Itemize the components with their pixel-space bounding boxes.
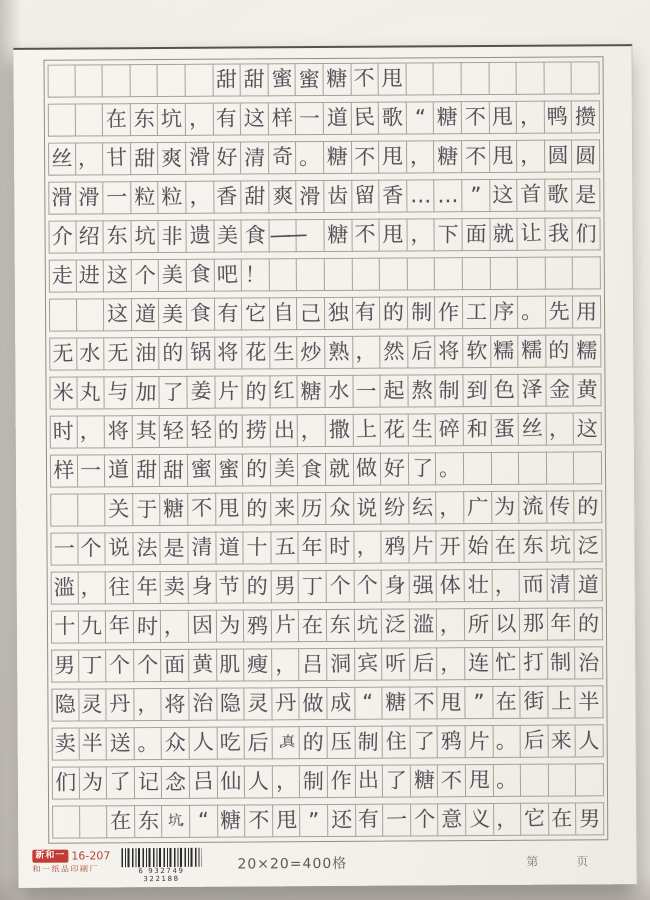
grid-cell: 出 [270,414,298,447]
handwritten-character: 吕 [302,649,323,682]
grid-cell: 了 [383,764,411,797]
grid-cell: ， [517,101,545,134]
grid-cell: 做 [300,687,328,720]
grid-cell: 色 [491,374,519,407]
grid-cell: 介 [48,221,76,254]
handwritten-character: 捞 [246,414,267,447]
grid-cell: 食 [187,298,215,331]
grid-cell: 糖 [323,63,351,96]
handwritten-character: 那 [522,607,544,641]
grid-cell: 念 [162,766,190,799]
handwritten-character: ， [356,530,378,564]
grid-cell: 打 [520,647,548,680]
grid-cell: 好 [381,452,409,485]
grid-cell: 不 [352,219,380,252]
grid-cell: 时 [50,416,78,449]
handwritten-character: 制 [358,726,380,759]
handwritten-character: 粒 [134,181,155,214]
handwritten-character: ， [189,180,211,214]
handwritten-character: 做 [302,688,323,721]
grid-cell [490,257,518,290]
handwritten-character: 吧 [217,258,239,292]
grid-cell: 是 [161,532,189,565]
grid-cell: 隐 [217,687,245,720]
handwritten-character: 歌 [547,178,569,212]
grid-cell: 甩 [490,140,518,173]
grid-cell: 是 [573,178,601,211]
grid-cell: 美 [271,453,299,486]
grid-cell: 齿 [324,180,352,213]
handwritten-character: 而 [522,568,544,602]
grid-row: 米丸与加了姜片的红糖水一起熬制到色泽金黄 [49,373,601,409]
grid-cell: ， [407,140,435,173]
handwritten-character: 美 [273,452,295,486]
handwritten-character: 不 [354,218,376,252]
grid-cell: 后 [245,726,273,759]
grid-cell: ， [407,218,435,251]
handwritten-character: 卖 [55,727,77,761]
handwritten-character: 年 [136,571,157,604]
grid-cell [544,61,572,94]
handwritten-character: 制 [303,766,324,799]
grid-cell: 滑 [297,180,325,213]
grid-cell: 不 [462,101,490,134]
handwritten-character: 糯 [521,334,543,368]
grid-cell: 美 [159,298,187,331]
grid-cell: 有 [352,297,380,330]
grid-cell [52,806,80,839]
grid-cell: 道 [324,102,352,135]
grid-cell: 男 [51,650,79,683]
grid-cell: 开 [437,530,465,563]
grid-cell: 走 [49,260,77,293]
handwritten-character: 炒 [300,337,321,370]
grid-cell: 歌 [545,178,573,211]
handwritten-character: 蜜 [271,62,293,96]
handwritten-character: “ [197,804,209,837]
grid-cell: 个 [134,649,162,682]
grid-cell: 不 [188,493,216,526]
grid-cell: 蜜 [188,454,216,487]
handwritten-character: 以 [495,608,516,641]
handwritten-character: 道 [326,102,348,136]
grid-cell: 的 [215,415,243,448]
grid-spec-label: 20×20=400格 [237,853,347,874]
grid-cell: 不 [351,63,379,96]
grid-cell: ” [465,686,493,719]
handwritten-character: 的 [548,334,570,368]
handwritten-character: ” [470,179,481,212]
grid-cell: 这 [241,102,269,135]
grid-cell: 不 [438,764,466,797]
grid-cell: 丁 [79,649,107,682]
grid-cell: 鸦 [438,725,466,758]
handwritten-character: 甩 [492,101,514,135]
grid-cell: 的 [243,492,271,525]
grid-cell [380,257,408,290]
handwritten-character: 人 [192,726,214,760]
grid-cell: 记 [135,766,163,799]
handwritten-character: 丝 [521,412,543,446]
grid-cell: 为 [216,610,244,643]
grid-cell: 工 [463,296,491,329]
grid-cell [186,64,214,97]
handwritten-character: 不 [354,141,376,174]
barcode: 6 932749 322188 [118,848,204,884]
grid-cell: 将 [436,335,464,368]
grid-cell: 它 [242,297,270,330]
handwritten-character: 节 [219,570,241,604]
grid-cell: 清 [547,568,575,601]
handwritten-character: 花 [383,413,405,447]
grid-row: 十九年时，因为鸦片在东坑泛滥，所以那年的 [51,607,603,643]
brand-logo: 新和一 [32,850,68,863]
handwritten-character: 了 [413,725,434,758]
grid-cell: 身 [382,569,410,602]
handwritten-character: 丹 [274,686,296,720]
handwritten-character: 丁 [302,571,323,604]
grid-cell: … [435,179,463,212]
grid-cell: 个 [106,649,134,682]
grid-cell [406,62,434,95]
grid-cell: 歌 [379,101,407,134]
handwritten-character: 糖 [327,219,348,252]
grid-cell: 民 [351,102,379,135]
grid-cell: 义 [466,803,494,836]
grid-cell [48,104,76,137]
grid-cell: ,真 [272,726,300,759]
handwritten-character: 无 [107,337,129,371]
handwritten-character: 鸦 [247,610,269,643]
grid-cell: 一 [383,803,411,836]
grid-cell: 说 [354,492,382,525]
handwritten-character: 下 [438,219,459,252]
grid-cell: 不 [462,140,490,173]
grid-cell [434,62,462,95]
grid-cell: 灵 [245,687,273,720]
grid-cell: ， [353,336,381,369]
handwritten-character: ， [188,102,210,136]
grid-cell: 然 [380,335,408,368]
grid-cell: 坑, [162,805,190,838]
handwritten-character: 有 [216,102,238,136]
grid-cell: ， [517,140,545,173]
grid-cell: “ [406,101,434,134]
grid-cell: 的 [160,337,188,370]
grid-cell: 时 [326,531,354,564]
grid-cell: 黄 [574,373,602,406]
handwritten-character: 了 [411,452,432,485]
handwritten-character: 不 [464,101,485,134]
grid-row: 们为了记念吕仙人，制作出了糖不甩。 [52,763,604,799]
handwritten-character: 众 [329,492,351,526]
grid-cell: 街 [520,686,548,719]
grid-cell: 身 [189,571,217,604]
handwritten-character: 五 [273,530,295,564]
grid-cell: 金 [546,373,574,406]
grid-cell: ， [77,415,105,448]
grid-cell: 压 [328,726,356,759]
grid-cell: 甜 [133,454,161,487]
handwritten-character: 传 [549,490,571,524]
handwritten-character: 来 [273,492,295,526]
grid-cell [130,64,158,97]
handwritten-character: 糖 [326,63,347,96]
handwritten-character: 滑 [51,181,73,215]
handwritten-character: 个 [81,532,102,565]
grid-cell: 片 [465,725,493,758]
handwritten-character: 一 [80,454,101,487]
handwritten-character: 甜 [135,454,156,487]
grid-cell: 在 [107,805,135,838]
handwritten-character: 不 [353,62,375,96]
grid-cell: 在 [493,686,521,719]
grid-cell: 糖 [161,493,189,526]
handwritten-character: ， [81,571,102,604]
grid-cell: 治 [575,646,603,679]
grid-cell: 泛 [382,608,410,641]
handwritten-character: 甩 [381,63,402,96]
grid-cell: 它 [521,803,549,836]
handwritten-character: 独 [328,297,349,330]
grid-cell [325,258,353,291]
handwritten-character: 金 [549,374,570,407]
grid-cell: 个 [78,532,106,565]
grid-cell: 滥 [51,572,79,605]
grid-cell: 用 [573,295,601,328]
grid-cell: 东 [131,103,159,136]
grid-cell [463,257,491,290]
grid-row: 这道美食有它自己独有的制作工序。先用 [49,295,601,331]
grid-cell: 非 [159,220,187,253]
grid-cell: 的 [243,453,271,486]
grid-row: 介绍东坑非遗美食——糖不甩，下面就让我们 [48,217,600,253]
handwritten-character: 。 [137,727,159,760]
grid-cell [521,764,549,797]
grid-cell: 广 [464,491,492,524]
handwritten-character: 将 [217,336,239,370]
grid-cell: “ [355,687,383,720]
handwritten-character: 绍 [79,220,100,253]
grid-cell: 道 [132,298,160,331]
grid-frame: 甜甜蜜蜜糖不甩在东坑，有这样一道民歌“糖不甩，鸭攒丝，甘甜爽滑好清奇。糖不甩，糖… [44,56,609,843]
grid-cell: 流 [519,491,547,524]
grid-cell: 就 [490,218,518,251]
handwritten-character: 送 [109,727,131,761]
handwritten-character: 的 [383,297,404,330]
grid-cell: 隐 [51,689,79,722]
handwritten-character: 始 [467,530,488,563]
handwritten-character: ， [410,218,431,251]
grid-cell: ， [546,412,574,445]
grid-cell: 在 [103,103,131,136]
page-label-suffix: 页 [576,854,588,868]
grid-cell: 男 [576,802,604,835]
handwritten-character: 这 [106,297,128,331]
grid-cell: 个 [327,570,355,603]
handwritten-character: 半 [82,727,103,760]
handwritten-character: 制 [550,646,572,680]
handwritten-character: 圆 [547,140,568,173]
handwritten-character: 意 [441,803,463,837]
grid-cell: 食 [242,219,270,252]
handwritten-character: 念 [165,766,186,799]
handwritten-character: 爽 [161,142,182,175]
handwritten-character: 来 [551,724,573,758]
handwritten-character: 姜 [190,375,212,409]
handwritten-character: 将 [107,415,129,449]
handwritten-character: 糖 [301,376,322,409]
handwritten-character: 将 [165,688,186,721]
handwritten-character: 不 [464,140,486,173]
grid-cell: 往 [106,571,134,604]
grid-cell: —— [269,219,297,252]
grid-cell: 意 [438,803,466,836]
grid-cell: 与 [105,376,133,409]
handwritten-character: 制 [410,296,431,329]
handwritten-character: ， [137,688,158,721]
handwritten-character: 道 [134,298,155,331]
grid-cell: 一 [353,375,381,408]
handwritten-character: 非 [162,220,183,253]
handwritten-character: 的 [303,727,324,760]
handwritten-character: ， [409,140,430,173]
grid-cell: 米 [49,377,77,410]
grid-cell: ， [186,181,214,214]
grid-cell [517,62,545,95]
grid-cell: 丁 [299,570,327,603]
handwritten-character: 甩 [382,219,403,252]
handwritten-character: 歌 [381,101,403,135]
grid-cell: 后 [521,725,549,758]
handwritten-character: … [410,179,431,212]
grid-row: 一个说法是清道十五年时，鸦片开始在东坑泛 [50,529,602,565]
handwritten-character: 自 [272,296,294,330]
grid-cell: 泛 [575,529,603,562]
handwritten-character: 义 [469,803,490,836]
handwritten-character: ” [473,686,484,719]
grid-cell [489,62,517,95]
handwritten-character: 出 [358,764,380,798]
grid-cell: 滑 [76,181,104,214]
grid-cell: 将 [105,415,133,448]
grid-cell: 鸦 [382,530,410,563]
grid-cell: 听 [382,647,410,680]
grid-cell: 软 [463,335,491,368]
handwritten-character: 甩 [218,492,240,526]
handwritten-character: 的 [246,453,267,486]
handwritten-character: 片 [218,376,239,409]
grid-cell: 纷 [381,491,409,524]
handwritten-character: 所 [467,608,489,641]
grid-cell: 样 [50,455,78,488]
grid-cell [407,257,435,290]
handwritten-character: 于 [135,493,157,526]
handwritten-character: 后 [413,647,434,680]
handwritten-character: 无 [52,337,74,371]
handwritten-character: 锅 [189,336,211,370]
handwritten-character: 东 [522,529,544,563]
grid-cell: 因 [189,610,217,643]
handwritten-character: 其 [135,415,156,448]
handwritten-character: 好 [384,453,405,486]
handwritten-character: ， [274,648,296,682]
grid-cell: 糖 [382,686,410,719]
handwritten-character: 先 [548,296,569,329]
grid-cell: 的 [575,607,603,640]
handwritten-character: 道 [578,569,599,602]
grid-cell: 为 [492,491,520,524]
grid-cell: 圆 [572,139,600,172]
handwritten-character: 撒 [328,414,350,448]
grid-cell: 无 [104,337,132,370]
grid-cell: … [407,179,435,212]
grid-row: 无水无油的锅将花生炒熟，然后将软糯糯的糯 [49,334,601,370]
grid-cell: 鸭 [544,100,572,133]
grid-cell: 在 [549,802,577,835]
grid-row: 隐灵丹，将治隐灵丹做成“糖不甩”在街上半 [51,685,603,721]
handwritten-character: 一 [106,181,128,215]
grid-cell: 道 [105,454,133,487]
handwritten-character: 是 [164,532,185,565]
handwritten-character: 法 [136,532,157,565]
grid-cell: 糖 [434,140,462,173]
grid-cell [547,451,575,484]
handwritten-character: 甩 [275,804,297,838]
grid-cell: 了 [409,452,437,485]
grid-cell: 个 [354,570,382,603]
grid-cell: 瘦 [244,648,272,681]
handwritten-character: 轻 [190,414,212,448]
handwritten-character: 洞 [330,648,352,682]
handwritten-character: 男 [54,649,76,683]
handwritten-character: 瘦 [247,648,268,681]
grid-cell: 轻 [160,415,188,448]
handwritten-character: 坑, [168,805,183,838]
grid-row: 男丁个个面黄肌瘦，吕洞宾听后，连忙打制治 [51,646,603,682]
handwritten-character: 还 [330,804,352,838]
grid-cell: 生 [270,336,298,369]
handwritten-character: 打 [522,646,544,680]
handwritten-character: 介 [52,221,73,254]
handwritten-character: 个 [329,570,351,604]
handwritten-character: 有 [217,298,238,331]
grid-cell: 五 [271,531,299,564]
handwritten-character: 在 [302,610,323,643]
handwritten-character: 时 [136,610,158,643]
grid-cell: 始 [464,530,492,563]
grid-cell: 水 [325,375,353,408]
grid-cell: 出 [355,765,383,798]
handwritten-character: 治 [578,647,599,680]
handwritten-character: 蜜 [299,64,320,97]
handwritten-character: 泛 [577,530,598,563]
handwritten-character: 丹 [109,687,131,721]
grid-cell [519,452,547,485]
handwritten-character: —— [269,218,304,252]
handwritten-character: ， [519,139,541,173]
grid-cell [518,257,546,290]
handwritten-character: 纭 [412,491,433,524]
grid-cell: 。 [518,296,546,329]
grid-row: 甜甜蜜蜜糖不甩 [48,61,600,97]
grid-cell: 个 [411,803,439,836]
grid-cell: 年 [106,610,134,643]
grid-row: 卖半送。众人吃后,真的压制住了鸦片。后来人 [52,724,604,760]
handwritten-character: 我 [548,218,569,251]
grid-cell: 花 [381,413,409,446]
grid-cell: 撒 [326,414,354,447]
